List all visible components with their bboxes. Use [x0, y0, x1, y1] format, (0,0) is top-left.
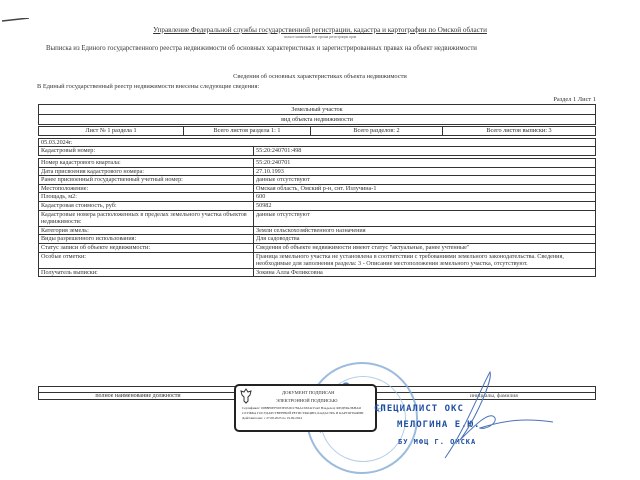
- table-row: Ранее присвоенный государственный учетны…: [39, 176, 596, 185]
- object-type: Земельный участок: [39, 105, 595, 114]
- table-row: Статус записи об объекте недвижимости:Св…: [39, 243, 596, 252]
- row-label: Получатель выписки:: [39, 268, 254, 277]
- handwritten-signature: [435, 370, 555, 460]
- esig-line2: ЭЛЕКТРОННОЙ ПОДПИСЬЮ: [276, 398, 337, 403]
- row-label: Кадастровые номера расположенных в преде…: [39, 210, 254, 226]
- table-row: Получатель выписки:Зокина Алла Феликсовн…: [39, 268, 596, 277]
- cadastral-number-label: Кадастровый номер:: [39, 147, 254, 156]
- table-row: Особые отметки:Граница земельного участк…: [39, 252, 596, 268]
- section-title: Сведения об основных характеристиках объ…: [0, 73, 640, 80]
- electronic-signature-block: ДОКУМЕНТ ПОДПИСАН ЭЛЕКТРОННОЙ ПОДПИСЬЮ С…: [234, 384, 377, 432]
- row-value: Земли сельскохозяйственного назначения: [254, 226, 596, 235]
- row-label: Местоположение:: [39, 184, 254, 193]
- extract-title: Выписка из Единого государственного реес…: [46, 45, 477, 52]
- row-label: Номер кадастрового квартала:: [39, 159, 254, 168]
- table-row: Кадастровый номер: 55:20:240701:498: [39, 147, 596, 156]
- row-value: 50982: [254, 201, 596, 210]
- row-value: Сведения об объекте недвижимости имеют с…: [254, 243, 596, 252]
- total-sections: Всего разделов: 2: [311, 127, 443, 135]
- row-value: Граница земельного участка не установлен…: [254, 252, 596, 268]
- total-sheets: Всего листов выписки: 3: [443, 127, 595, 135]
- row-value: данные отсутствуют: [254, 210, 596, 226]
- row-label: Дата присвоения кадастрового номера:: [39, 167, 254, 176]
- table-row: Местоположение:Омская область, Омский р-…: [39, 184, 596, 193]
- characteristics-table: Номер кадастрового квартала:55:20:240701…: [38, 158, 596, 277]
- sheet-number: Лист № 1 раздела 1: [39, 127, 184, 135]
- cadastral-number-table: Кадастровый номер: 55:20:240701:498: [38, 146, 596, 156]
- row-value: Для садоводства: [254, 235, 596, 244]
- row-label: Виды разрешенного использования:: [39, 235, 254, 244]
- row-value: данные отсутствуют: [254, 176, 596, 185]
- row-label: Площадь, м2:: [39, 193, 254, 202]
- row-label: Категория земель:: [39, 226, 254, 235]
- sheets-row: Лист № 1 раздела 1 Всего листов раздела …: [38, 126, 596, 136]
- esig-details: Сертификат: 00B8E0EF9033E032D1784AC66342…: [242, 406, 374, 422]
- row-value: Омская область, Омский р-н, снт. Излучин…: [254, 184, 596, 193]
- agency-name: Управление Федеральной службы государств…: [0, 26, 640, 34]
- intro-text: В Единый государственный реестр недвижим…: [37, 83, 259, 90]
- table-row: Кадастровые номера расположенных в преде…: [39, 210, 596, 226]
- pen-mark: [2, 18, 30, 22]
- table-row: Площадь, м2:600: [39, 193, 596, 202]
- row-value: 600: [254, 193, 596, 202]
- row-value: 27.10.1993: [254, 167, 596, 176]
- row-label: Статус записи об объекте недвижимости:: [39, 243, 254, 252]
- row-value: 55:20:240701: [254, 159, 596, 168]
- table-row: Виды разрешенного использования:Для садо…: [39, 235, 596, 244]
- table-row: Кадастровая стоимость, руб:50982: [39, 201, 596, 210]
- sheets-in-section: Всего листов раздела 1: 1: [184, 127, 311, 135]
- row-label: Кадастровая стоимость, руб:: [39, 201, 254, 210]
- esig-line1: ДОКУМЕНТ ПОДПИСАН: [282, 390, 334, 395]
- object-type-caption: вид объекта недвижимости: [39, 115, 595, 124]
- row-label: Особые отметки:: [39, 252, 254, 268]
- table-row: Номер кадастрового квартала:55:20:240701: [39, 159, 596, 168]
- row-label: Ранее присвоенный государственный учетны…: [39, 176, 254, 185]
- row-value: Зокина Алла Феликсовна: [254, 268, 596, 277]
- coat-of-arms-icon: [240, 388, 252, 404]
- table-row: Дата присвоения кадастрового номера:27.1…: [39, 167, 596, 176]
- cadastral-number-value: 55:20:240701:498: [254, 147, 596, 156]
- table-row: Категория земель:Земли сельскохозяйствен…: [39, 226, 596, 235]
- object-type-caption-box: вид объекта недвижимости: [38, 114, 596, 125]
- position-caption: полное наименование должности: [38, 393, 238, 399]
- agency-caption: полное наименование органа регистрации п…: [0, 35, 640, 39]
- sheet-label: Раздел 1 Лист 1: [553, 96, 596, 103]
